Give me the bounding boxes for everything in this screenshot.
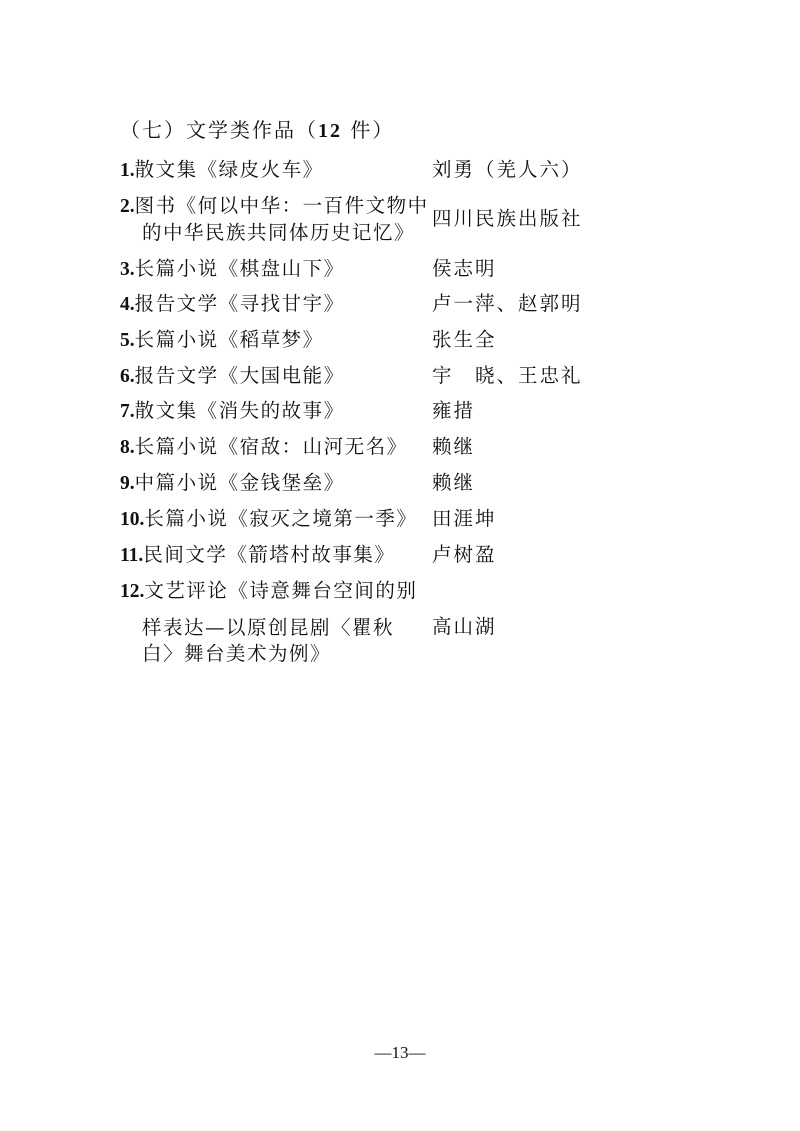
entry-title-line: 散文集《消失的故事》	[135, 399, 345, 422]
entry-title-line: 民间文学《箭塔村故事集》	[143, 543, 395, 566]
entry-title: 9.中篇小说《金钱堡垒》	[120, 470, 430, 497]
entry-author: 卢树盈	[432, 542, 497, 568]
entry-title-line: 报告文学《大国电能》	[135, 364, 345, 387]
section-heading-prefix: （七）文学类作品（	[120, 118, 318, 142]
entry-author: 田涯坤	[432, 506, 497, 532]
entry-title-line: 散文集《绿皮火车》	[135, 158, 324, 181]
entry-index: 6.	[120, 366, 135, 387]
entry-title-line: 长篇小说《宿敌：山河无名》	[135, 435, 408, 458]
entry-index: 3.	[120, 259, 135, 280]
entry-title: 7.散文集《消失的故事》	[120, 398, 430, 425]
entry-title-line: 白〉舞台美术为例》	[120, 641, 430, 667]
entry-title-line: 中篇小说《金钱堡垒》	[135, 471, 345, 494]
entry-index: 4.	[120, 294, 135, 315]
entry-author: 高山湖	[432, 614, 497, 640]
entry-title-line: 文艺评论《诗意舞台空间的别	[144, 579, 417, 602]
entry-author: 卢一萍、赵郭明	[432, 291, 583, 317]
entry-title: 12.文艺评论《诗意舞台空间的别 样表达—以原创昆剧〈瞿秋 白〉舞台美术为例》	[120, 578, 430, 667]
entry-title-line: 长篇小说《寂灭之境第一季》	[144, 507, 417, 530]
section-heading-suffix: 件）	[342, 118, 394, 142]
entry-title: 1.散文集《绿皮火车》	[120, 157, 430, 184]
entry-author: 宇 晓、王忠礼	[432, 363, 583, 389]
section-heading: （七）文学类作品（12 件）	[120, 116, 394, 145]
entry-title-line: 的中华民族共同体历史记忆》	[120, 220, 430, 246]
entry-title: 3.长篇小说《棋盘山下》	[120, 256, 430, 283]
entry-author: 刘勇（羌人六）	[432, 157, 583, 183]
entry-index: 7.	[120, 401, 135, 422]
entry-title: 6.报告文学《大国电能》	[120, 363, 430, 390]
entry-author: 四川民族出版社	[432, 206, 583, 232]
entry-title: 10.长篇小说《寂灭之境第一季》	[120, 506, 430, 533]
document-page: （七）文学类作品（12 件） 1.散文集《绿皮火车》 刘勇（羌人六） 2.图书《…	[0, 0, 800, 1131]
section-heading-count: 12	[318, 120, 342, 142]
entry-title: 2.图书《何以中华：一百件文物中 的中华民族共同体历史记忆》	[120, 193, 430, 246]
entry-index: 5.	[120, 330, 135, 351]
entry-title: 5.长篇小说《稻草梦》	[120, 327, 430, 354]
entry-title-line: 长篇小说《棋盘山下》	[135, 257, 345, 280]
entry-index: 12.	[120, 581, 144, 602]
page-number: —13—	[0, 1043, 800, 1063]
entry-index: 2.	[120, 196, 135, 217]
entry-title-line: 图书《何以中华：一百件文物中	[135, 194, 429, 217]
entry-index: 11.	[120, 545, 143, 566]
entry-author: 赖继	[432, 434, 475, 460]
entry-author: 雍措	[432, 398, 475, 424]
entry-author: 赖继	[432, 470, 475, 496]
entry-author: 张生全	[432, 327, 497, 353]
entry-index: 1.	[120, 160, 135, 181]
entry-index: 10.	[120, 509, 144, 530]
entry-title-line: 长篇小说《稻草梦》	[135, 328, 324, 351]
entry-title-line: 样表达—以原创昆剧〈瞿秋	[120, 615, 430, 641]
entry-author: 侯志明	[432, 256, 497, 282]
entry-title: 11.民间文学《箭塔村故事集》	[120, 542, 430, 569]
entry-title-line: 报告文学《寻找甘宇》	[135, 292, 345, 315]
entry-index: 9.	[120, 473, 135, 494]
entry-title: 8.长篇小说《宿敌：山河无名》	[120, 434, 430, 461]
entry-title: 4.报告文学《寻找甘宇》	[120, 291, 430, 318]
entry-index: 8.	[120, 437, 135, 458]
